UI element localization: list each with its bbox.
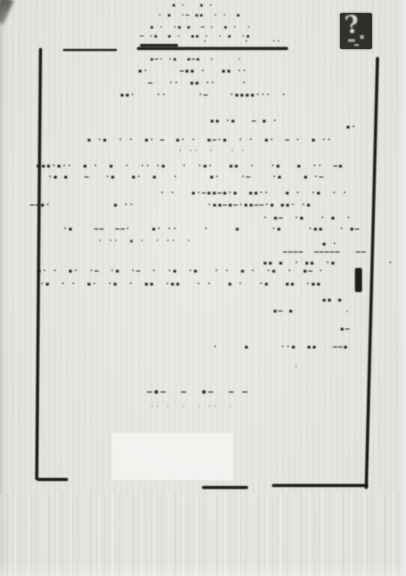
stamp-speckle	[354, 44, 359, 46]
frame-border-right	[365, 57, 379, 489]
ink-text-line: · ▪ ··▪ ▪▪ ——▪	[213, 344, 349, 351]
ink-text-line: · ·· · · ·	[178, 148, 246, 155]
ink-text-line: ▪·	[346, 124, 356, 131]
scan-edge-highlight-right	[399, 0, 406, 576]
ink-text-line: · · ··	[203, 39, 281, 45]
ink-text-line: ▪▪ ▪ · ▪▪ ·▪ ·	[263, 260, 393, 267]
ink-text-line: ▪ · ▪ ·	[172, 3, 214, 9]
frame-top-rule-main	[137, 47, 288, 50]
scan-texture-band	[0, 494, 406, 576]
ink-text-line: ▪· —▪▪ · ▪▪ ··	[138, 68, 248, 75]
ink-text-line: ·	[345, 309, 350, 316]
ink-text-line: · ▪— ·▪ · ▪ ·	[263, 215, 352, 222]
frame-bottom-left	[37, 478, 68, 481]
stamp-logo: ?	[340, 13, 372, 49]
ink-text-line: ▪▪ ▪	[322, 297, 343, 304]
ink-text-line: ·▪ ▪ — ·▪ ▪· ▪ · ▪· ·— ·▪ ▪ ·—	[48, 174, 324, 181]
ink-text-line: ▪—· ·▪ ▪—▪ · ·	[150, 57, 242, 63]
stamp-speckle	[348, 39, 355, 42]
ink-text-line: ———— ————— ——	[283, 249, 366, 256]
frame-top-rule-overtext	[140, 44, 178, 47]
ink-text-line: — ·· ▪▪ ·· ·	[148, 80, 247, 87]
stamp-glyph-icon: ?	[343, 13, 361, 40]
ink-text-line: —▪— — ▪— — —	[147, 388, 249, 396]
ink-text-line: ·▪ —— ——· ▪· ·· · ▪ ·▪ ·▪▪ · ▪—	[63, 226, 360, 233]
frame-top-rule-left	[63, 49, 117, 51]
frame-bottom-right	[272, 484, 368, 487]
ink-text-line: ▪ ·▪ · · ▪· — ▪· · ▪—·▪ · · ▪· — · ▪ ··	[87, 137, 332, 144]
ink-text-line: ▪▪· ·· ·— ·▪▪▪▪··· ·	[120, 92, 287, 99]
ink-text-line: ▪ · ·▪ ▪ — · ▪ · ·	[150, 25, 251, 31]
ink-text-line: ▪· · ▪· ·— ·▪ ·— · ·▪ ·▪ · · ▪ · ·▪ · ▪—…	[37, 268, 324, 275]
frame-bottom-middle	[202, 486, 248, 489]
stamp-speckle	[360, 35, 364, 39]
ink-text-line: ·	[294, 364, 299, 371]
ink-text-line: ——▪· ▪ ·· ·▪▪—▪—·▪▪——·▪ ▪▪· ·▪	[30, 202, 312, 209]
ink-text-line: ·▪ · · ▪· ·▪ · ▪▪ ·▪▪ · · ▪ · ·▪ ▪▪ ·▪▪	[40, 281, 322, 288]
ink-text-line: · ·· ▪ · · ·· ·	[98, 238, 192, 245]
ink-text-line: · ▪ ·— ▪▪ · · ▪	[158, 13, 241, 19]
ink-text-line: ·· · · · ·· ·	[150, 404, 233, 411]
blank-label-box	[112, 433, 233, 480]
scanned-document-page: ? ▪ · ▪ ·· ▪ ·— ▪▪ · · ▪▪ · ·▪ ▪ — · ▪ ·…	[0, 0, 406, 576]
ink-text-line: · · ▪·—▪▪—▪·▪ ▪▪·· ▪ · ·▪ · ·	[160, 190, 348, 197]
ink-text-line: ▪—	[340, 326, 350, 333]
scan-canvas: ? ▪ · ▪ ·· ▪ ·— ▪▪ · · ▪▪ · ·▪ ▪ — · ▪ ·…	[0, 0, 406, 576]
ink-text-line: ▪▪ ·▪ — ▪ ·	[210, 118, 278, 125]
ink-text-line: ▪▪▪·▪·· ▪ · ▪ · ·· ·▪ · ·▪· ▪▪ · ·▪ ▪ ··…	[36, 163, 344, 170]
scan-edge-shadow-left	[0, 0, 6, 576]
ink-text-line: ▪ ·	[322, 241, 338, 248]
frame-border-left	[35, 48, 42, 480]
ink-text-line: ▪— ▪	[273, 308, 294, 315]
frame-right-border-blot	[355, 268, 362, 292]
